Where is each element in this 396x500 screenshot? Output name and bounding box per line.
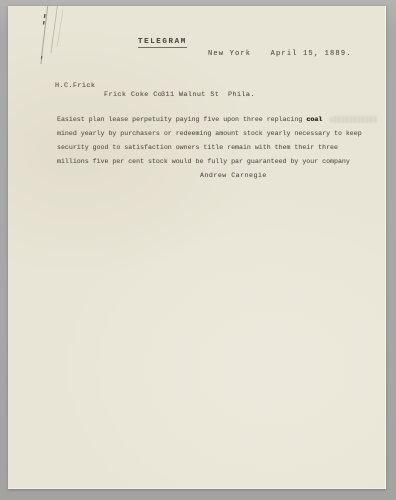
message-body: Easiest plan lease perpetuity paying fiv… (57, 113, 378, 169)
message-line-4: millions five per cent stock would be fu… (57, 155, 378, 169)
message-line-2: mined yearly by purchasers or redeeming … (57, 127, 378, 141)
message-line-1: Easiest plan lease perpetuity paying fiv… (57, 113, 378, 127)
recipient-city: Phila. (228, 91, 255, 99)
dateline-city: New York (208, 50, 251, 58)
erased-word-smudge (330, 116, 378, 123)
overtyped-word: coal (306, 116, 322, 123)
message-line-1-text: Easiest plan lease perpetuity paying fiv… (57, 116, 302, 123)
scan-background: { "document": { "type_label": "TELEGRAM"… (0, 0, 396, 500)
dateline-date: April 15, 1889. (271, 50, 352, 58)
message-line-3: security good to satisfaction owners tit… (57, 141, 378, 155)
recipient-street: 311 Walnut St (161, 91, 219, 99)
recipient-company: Frick Coke Co (104, 91, 162, 99)
dateline: New York April 15, 1889. (208, 50, 352, 58)
fold-crease-marks (8, 6, 98, 76)
telegram-heading: TELEGRAM (138, 38, 187, 48)
telegram-paper: TELEGRAM New York April 15, 1889. H.C.Fr… (8, 6, 386, 489)
recipient-name: H.C.Frick (55, 82, 95, 90)
signature: Andrew Carnegie (200, 172, 267, 179)
